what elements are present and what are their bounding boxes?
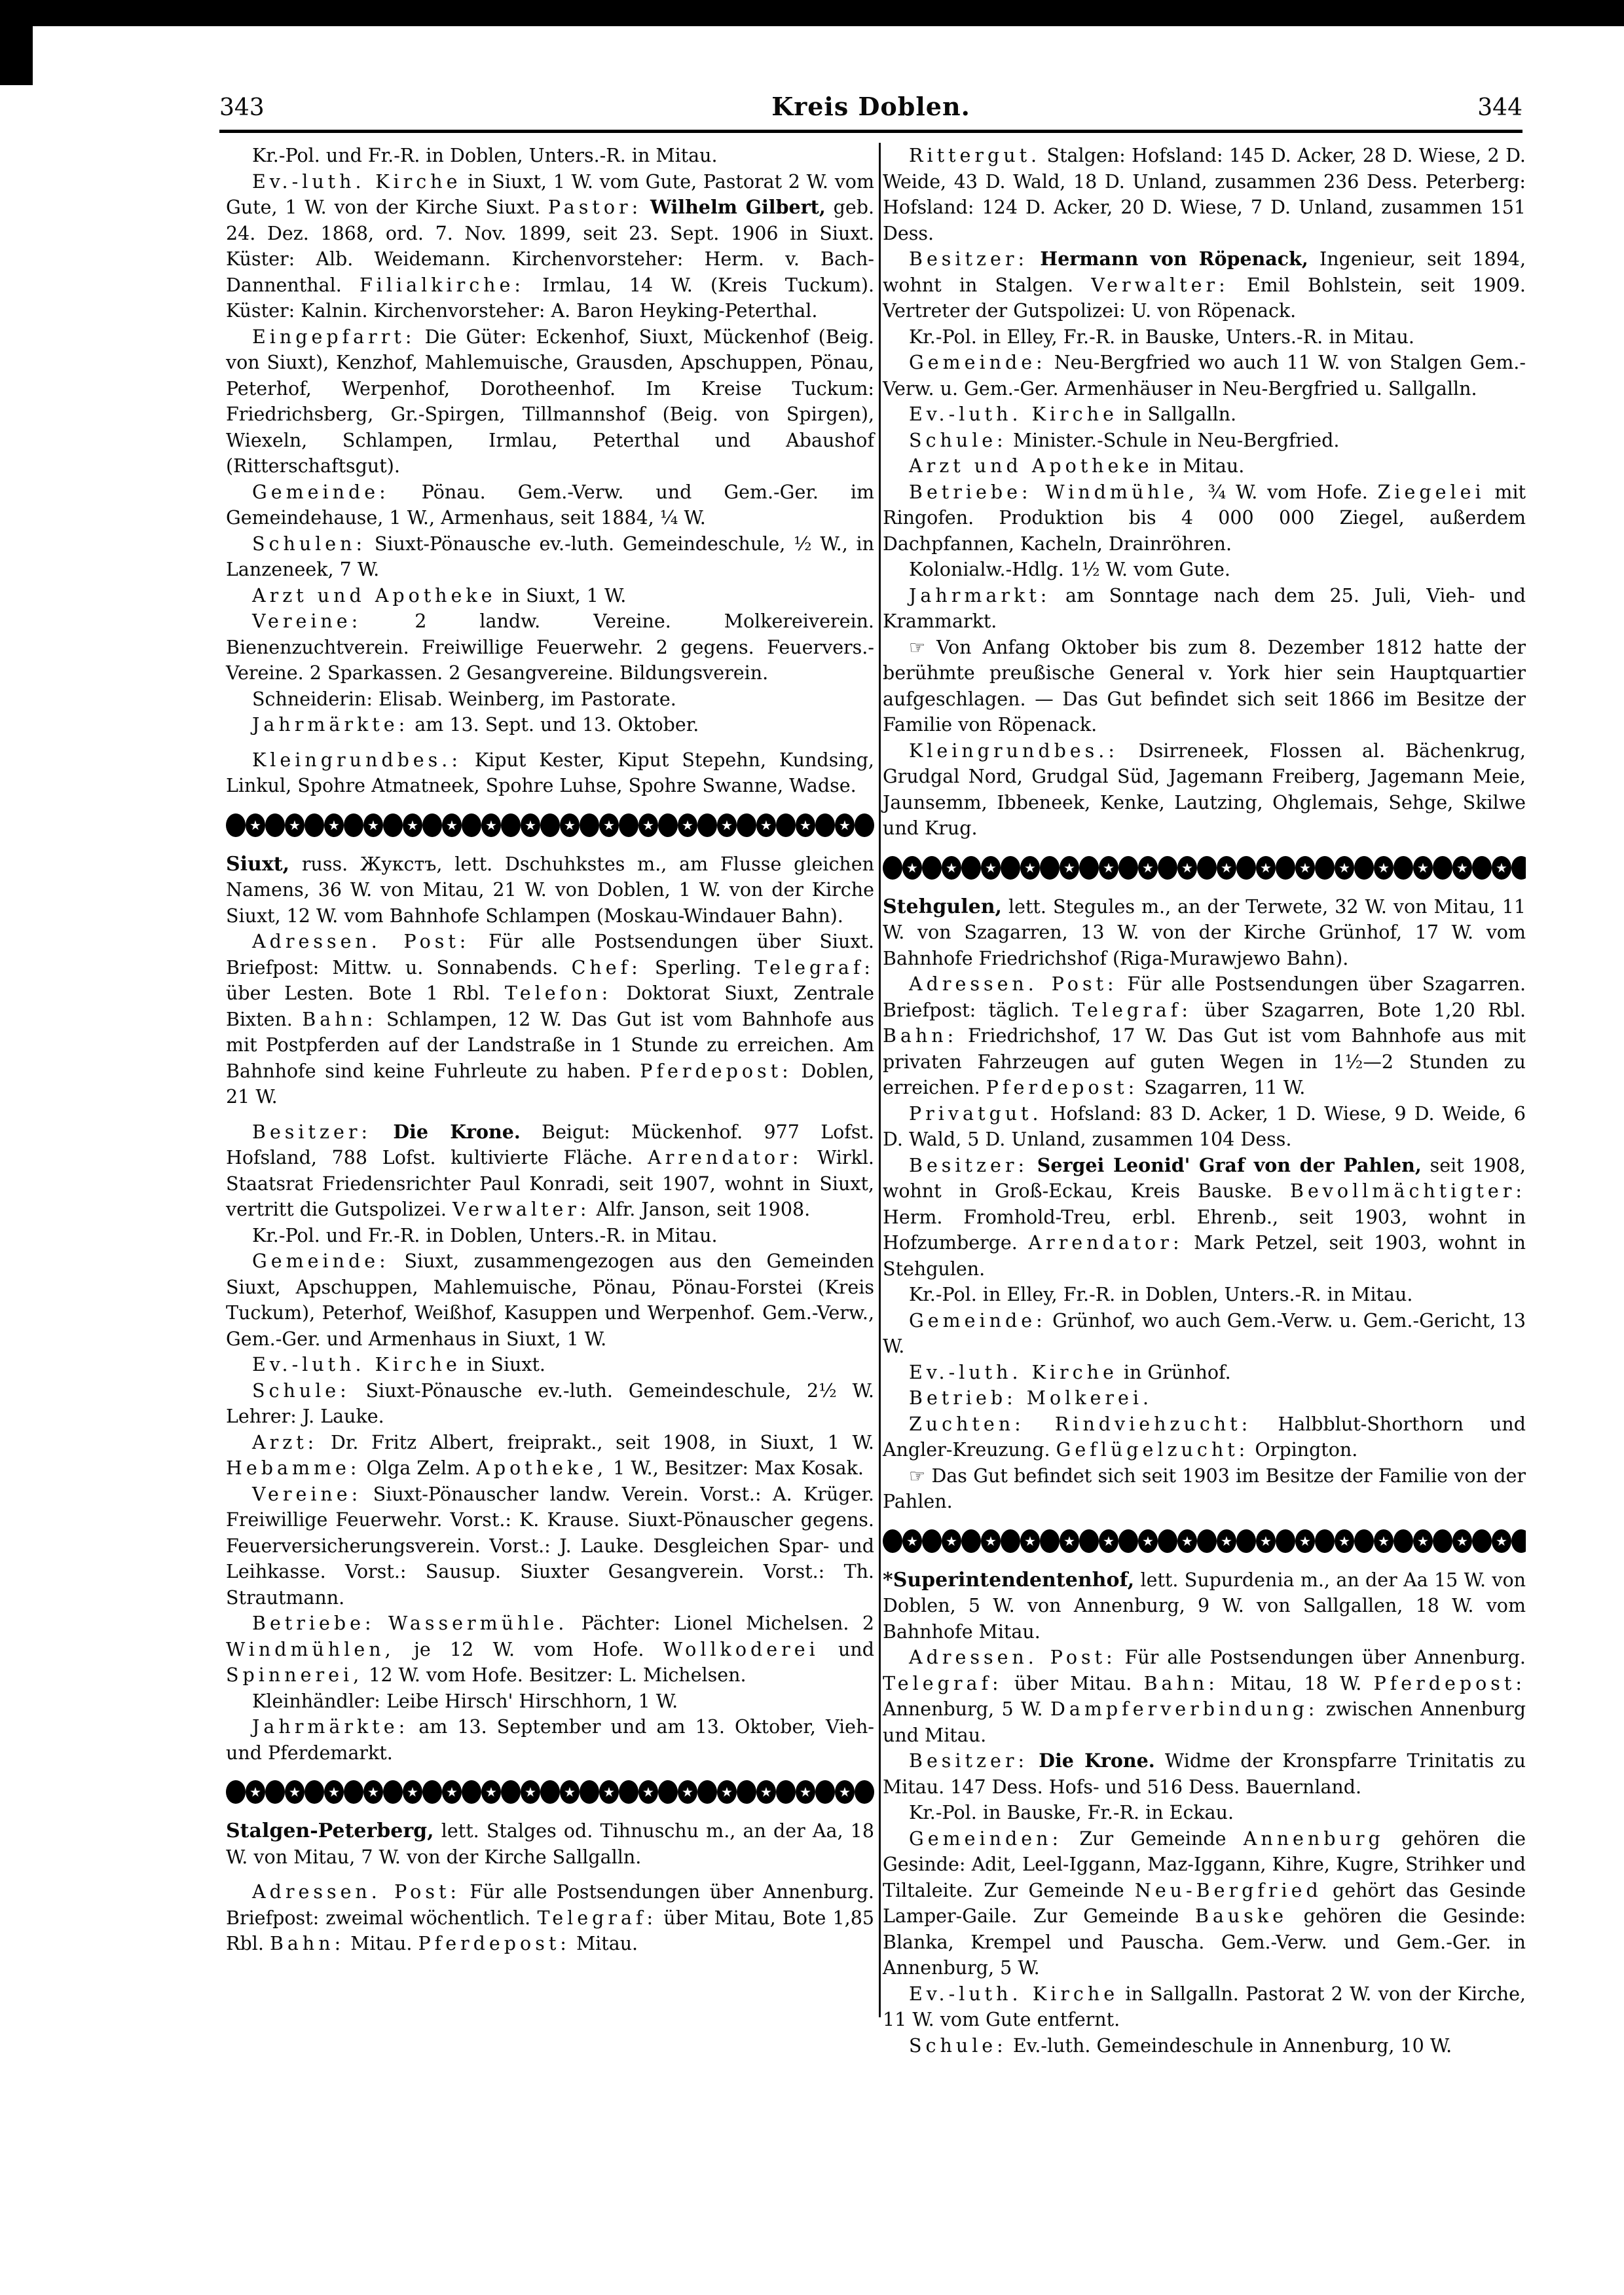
paragraph-kleinhaendler: Kleinhändler: Leibe Hirsch' Hirschhorn, … xyxy=(226,1689,874,1715)
star-icon: ★ xyxy=(1492,856,1511,880)
dot-icon xyxy=(1158,856,1177,880)
paragraph-courts: Kr.-Pol. in Elley, Fr.-R. in Bauske, Unt… xyxy=(883,324,1526,350)
star-icon: ★ xyxy=(521,813,540,837)
paragraph-gemeinde: Gemeinde: Grünhof, wo auch Gem.-Verw. u.… xyxy=(883,1308,1526,1360)
dot-icon xyxy=(1197,1529,1217,1553)
paragraph-church: Ev.-luth. Kirche in Sallgalln. Pastorat … xyxy=(883,1981,1526,2033)
dot-icon xyxy=(1079,856,1099,880)
star-icon: ★ xyxy=(1452,856,1472,880)
paragraph-church: Ev.-luth. Kirche in Siuxt, 1 W. vom Gute… xyxy=(226,169,874,324)
star-icon: ★ xyxy=(902,1529,922,1553)
paragraph-gemeinde: Gemeinde: Pönau. Gem.-Verw. und Gem.-Ger… xyxy=(226,479,874,531)
dot-icon xyxy=(815,1780,835,1804)
dot-icon xyxy=(1040,1529,1060,1553)
running-title: Kreis Doblen. xyxy=(219,92,1522,121)
paragraph-arzt: Arzt und Apotheke in Mitau. xyxy=(883,453,1526,479)
dot-icon xyxy=(580,1780,599,1804)
dot-icon xyxy=(961,1529,981,1553)
star-icon: ★ xyxy=(678,1780,697,1804)
star-icon: ★ xyxy=(1256,1529,1276,1553)
paragraph-jahrmaerkte: Jahrmärkte: am 13. September und am 13. … xyxy=(226,1714,874,1766)
dot-icon xyxy=(776,1780,796,1804)
star-icon: ★ xyxy=(324,813,344,837)
star-icon: ★ xyxy=(442,813,462,837)
paragraph-arzt: Arzt: Dr. Fritz Albert, freiprakt., seit… xyxy=(226,1430,874,1482)
star-icon: ★ xyxy=(481,1780,501,1804)
owner-name: Hermann von Röpenack, xyxy=(1028,248,1308,270)
dot-icon xyxy=(383,1780,403,1804)
paragraph-courts: Kr.-Pol. in Bauske, Fr.-R. in Eckau. xyxy=(883,1800,1526,1826)
dot-icon xyxy=(383,813,403,837)
star-icon: ★ xyxy=(1452,1529,1472,1553)
dot-icon xyxy=(226,1780,246,1804)
dot-icon xyxy=(501,1780,521,1804)
paragraph-history-note: ☞ Das Gut befindet sich seit 1903 im Bes… xyxy=(883,1463,1526,1515)
dot-icon xyxy=(815,813,835,837)
star-icon: ★ xyxy=(942,1529,961,1553)
star-icon: ★ xyxy=(1020,1529,1040,1553)
dot-icon xyxy=(1079,1529,1099,1553)
star-icon: ★ xyxy=(599,1780,619,1804)
header-rule xyxy=(219,130,1522,133)
dot-icon xyxy=(1236,856,1256,880)
dot-icon xyxy=(226,813,246,837)
paragraph-besitzer: Besitzer: Die Krone. Widme der Kronspfar… xyxy=(883,1748,1526,1800)
star-icon: ★ xyxy=(521,1780,540,1804)
paragraph-betrieb: Betrieb: Molkerei. xyxy=(883,1385,1526,1411)
star-icon: ★ xyxy=(942,856,961,880)
star-icon: ★ xyxy=(902,856,922,880)
dot-icon xyxy=(580,813,599,837)
entry-title-stehgulen: Stehgulen, xyxy=(883,895,1002,918)
star-icon: ★ xyxy=(1177,1529,1197,1553)
star-icon: ★ xyxy=(1374,1529,1393,1553)
dot-icon xyxy=(855,1780,874,1804)
paragraph-history-note: ☞ Von Anfang Oktober bis zum 8. Dezember… xyxy=(883,635,1526,738)
dot-icon xyxy=(1472,856,1492,880)
star-icon: ★ xyxy=(1217,856,1236,880)
left-column: Kr.-Pol. und Fr.-R. in Doblen, Unters.-R… xyxy=(226,143,874,1957)
entry-title-stalgen: Stalgen-Peterberg, xyxy=(226,1819,434,1842)
dot-icon xyxy=(265,1780,285,1804)
entry-siuxt: Siuxt, russ. Жукстъ, lett. Dschuhkstes m… xyxy=(226,851,874,929)
star-icon: ★ xyxy=(324,1780,344,1804)
right-column: Rittergut. Stalgen: Hofsland: 145 D. Ack… xyxy=(883,143,1526,2059)
dot-icon xyxy=(1511,1529,1526,1553)
paragraph-schneiderin: Schneiderin: Elisab. Weinberg, im Pastor… xyxy=(226,686,874,713)
dot-icon xyxy=(737,813,756,837)
entry-title-superintendentenhof: *Superintendentenhof, xyxy=(883,1569,1134,1592)
star-icon: ★ xyxy=(981,856,1001,880)
star-icon: ★ xyxy=(796,813,815,837)
entry-stehgulen: Stehgulen, lett. Stegules m., an der Ter… xyxy=(883,894,1526,972)
paragraph-gemeinden: Gemeinden: Zur Gemeinde Annenburg gehöre… xyxy=(883,1826,1526,1981)
dot-icon xyxy=(883,1529,902,1553)
paragraph-adressen: Adressen. Post: Für alle Postsendungen ü… xyxy=(226,929,874,1110)
star-icon: ★ xyxy=(1099,856,1118,880)
entry-stalgen-peterberg: Stalgen-Peterberg, lett. Stalges od. Tih… xyxy=(226,1818,874,1870)
paragraph-besitzer: Besitzer: Hermann von Röpenack, Ingenieu… xyxy=(883,246,1526,324)
star-icon: ★ xyxy=(1020,856,1040,880)
dot-icon xyxy=(883,856,902,880)
star-icon: ★ xyxy=(638,813,658,837)
paragraph-courts: Kr.-Pol. und Fr.-R. in Doblen, Unters.-R… xyxy=(226,143,874,169)
paragraph-adressen: Adressen. Post: Für alle Postsendungen ü… xyxy=(226,1879,874,1957)
dot-icon xyxy=(540,1780,560,1804)
star-icon: ★ xyxy=(1138,1529,1158,1553)
star-icon: ★ xyxy=(1060,856,1079,880)
star-icon: ★ xyxy=(246,813,265,837)
dot-icon xyxy=(855,813,874,837)
star-icon: ★ xyxy=(981,1529,1001,1553)
dot-icon xyxy=(422,1780,442,1804)
paragraph-besitzer: Besitzer: Die Krone. Beigut: Mückenhof. … xyxy=(226,1119,874,1223)
dot-icon xyxy=(1236,1529,1256,1553)
dot-icon xyxy=(1511,856,1526,880)
dot-icon xyxy=(1354,856,1374,880)
dot-icon xyxy=(1433,1529,1452,1553)
star-icon: ★ xyxy=(403,1780,422,1804)
dot-icon xyxy=(658,1780,678,1804)
paragraph-courts: Kr.-Pol. in Elley, Fr.-R. in Doblen, Unt… xyxy=(883,1282,1526,1308)
star-icon: ★ xyxy=(717,813,737,837)
dot-icon xyxy=(1315,856,1335,880)
column-divider xyxy=(879,143,881,2017)
paragraph-vereine: Vereine: Siuxt-Pönauscher landw. Verein.… xyxy=(226,1482,874,1611)
dot-icon xyxy=(776,813,796,837)
dot-icon xyxy=(422,813,442,837)
star-icon: ★ xyxy=(285,813,304,837)
scan-edge-band-left xyxy=(0,0,33,85)
ornament-divider: ★★★★★★★★★★★★★★★★★★★★ xyxy=(226,1779,874,1805)
star-icon: ★ xyxy=(560,1780,580,1804)
dot-icon xyxy=(697,813,717,837)
star-icon: ★ xyxy=(560,813,580,837)
star-icon: ★ xyxy=(1177,856,1197,880)
dot-icon xyxy=(619,813,638,837)
paragraph-jahrmaerkte: Jahrmärkte: am 13. Sept. und 13. Oktober… xyxy=(226,712,874,738)
pastor-name: Wilhelm Gilbert, xyxy=(642,196,826,218)
dot-icon xyxy=(304,813,324,837)
dot-icon xyxy=(501,813,521,837)
page-number-right: 344 xyxy=(1477,94,1522,121)
star-icon: ★ xyxy=(678,813,697,837)
star-icon: ★ xyxy=(1138,856,1158,880)
star-icon: ★ xyxy=(1492,1529,1511,1553)
dot-icon xyxy=(344,813,363,837)
star-icon: ★ xyxy=(442,1780,462,1804)
paragraph-church: Ev.-luth. Kirche in Sallgalln. xyxy=(883,401,1526,428)
dot-icon xyxy=(697,1780,717,1804)
dot-icon xyxy=(1158,1529,1177,1553)
dot-icon xyxy=(344,1780,363,1804)
dot-icon xyxy=(1354,1529,1374,1553)
dot-icon xyxy=(1001,1529,1020,1553)
paragraph-gemeinde: Gemeinde: Neu-Bergfried wo auch 11 W. vo… xyxy=(883,350,1526,401)
star-icon: ★ xyxy=(246,1780,265,1804)
star-icon: ★ xyxy=(1217,1529,1236,1553)
star-icon: ★ xyxy=(1335,856,1354,880)
owner-name: Die Krone. xyxy=(371,1121,521,1143)
star-icon: ★ xyxy=(1413,1529,1433,1553)
dot-icon xyxy=(1472,1529,1492,1553)
star-icon: ★ xyxy=(796,1780,815,1804)
pointing-hand-icon: ☞ xyxy=(909,637,925,658)
paragraph-privatgut: Privatgut. Hofsland: 83 D. Acker, 1 D. W… xyxy=(883,1101,1526,1153)
paragraph-schulen: Schulen: Siuxt-Pönausche ev.-luth. Gemei… xyxy=(226,531,874,583)
dot-icon xyxy=(304,1780,324,1804)
ornament-divider: ★★★★★★★★★★★★★★★★★★★★ xyxy=(883,1528,1526,1554)
dot-icon xyxy=(961,856,981,880)
dot-icon xyxy=(462,1780,481,1804)
dot-icon xyxy=(1393,856,1413,880)
dot-icon xyxy=(1433,856,1452,880)
dot-icon xyxy=(1276,856,1295,880)
scan-edge-band xyxy=(0,0,1624,26)
paragraph-zuchten: Zuchten: Rindviehzucht: Halbblut-Shortho… xyxy=(883,1411,1526,1463)
star-icon: ★ xyxy=(1295,856,1315,880)
dot-icon xyxy=(1001,856,1020,880)
paragraph-kleingrundbes: Kleingrundbes.: Kiput Kester, Kiput Step… xyxy=(226,747,874,799)
dot-icon xyxy=(540,813,560,837)
entry-superintendentenhof: *Superintendentenhof, lett. Supurdenia m… xyxy=(883,1567,1526,1645)
paragraph-rittergut: Rittergut. Stalgen: Hofsland: 145 D. Ack… xyxy=(883,143,1526,246)
star-icon: ★ xyxy=(285,1780,304,1804)
dot-icon xyxy=(1276,1529,1295,1553)
page-header: 343 Kreis Doblen. 344 xyxy=(219,92,1522,131)
star-icon: ★ xyxy=(1413,856,1433,880)
pointing-hand-icon: ☞ xyxy=(909,1465,925,1487)
paragraph-betriebe: Betriebe: Windmühle, ¾ W. vom Hofe. Zieg… xyxy=(883,479,1526,557)
paragraph-adressen: Adressen. Post: Für alle Postsendungen ü… xyxy=(883,971,1526,1101)
dot-icon xyxy=(922,1529,942,1553)
paragraph-schule: Schule: Ev.-luth. Gemeindeschule in Anne… xyxy=(883,2033,1526,2059)
dot-icon xyxy=(922,856,942,880)
star-icon: ★ xyxy=(638,1780,658,1804)
paragraph-eingepfarrt: Eingepfarrt: Die Güter: Eckenhof, Siuxt,… xyxy=(226,324,874,479)
star-icon: ★ xyxy=(1295,1529,1315,1553)
star-icon: ★ xyxy=(1256,856,1276,880)
dot-icon xyxy=(462,813,481,837)
star-icon: ★ xyxy=(756,813,776,837)
paragraph-schule: Schule: Siuxt-Pönausche ev.-luth. Gemein… xyxy=(226,1378,874,1430)
star-icon: ★ xyxy=(363,1780,383,1804)
paragraph-church: Ev.-luth. Kirche in Grünhof. xyxy=(883,1360,1526,1386)
paragraph-betriebe: Betriebe: Wassermühle. Pächter: Lionel M… xyxy=(226,1611,874,1689)
star-icon: ★ xyxy=(1335,1529,1354,1553)
star-icon: ★ xyxy=(717,1780,737,1804)
dot-icon xyxy=(1118,856,1138,880)
star-icon: ★ xyxy=(1099,1529,1118,1553)
paragraph-gemeinde: Gemeinde: Siuxt, zusammengezogen aus den… xyxy=(226,1248,874,1352)
star-icon: ★ xyxy=(1060,1529,1079,1553)
star-icon: ★ xyxy=(481,813,501,837)
owner-name: Die Krone. xyxy=(1028,1749,1155,1772)
star-icon: ★ xyxy=(363,813,383,837)
ornament-divider: ★★★★★★★★★★★★★★★★★★★★ xyxy=(883,855,1526,881)
paragraph-church: Ev.-luth. Kirche in Siuxt. xyxy=(226,1352,874,1378)
dot-icon xyxy=(1197,856,1217,880)
dot-icon xyxy=(658,813,678,837)
owner-name: Sergei Leonid' Graf von der Pahlen, xyxy=(1028,1154,1422,1176)
dot-icon xyxy=(1040,856,1060,880)
ornament-divider: ★★★★★★★★★★★★★★★★★★★★ xyxy=(226,812,874,838)
dot-icon xyxy=(1393,1529,1413,1553)
star-icon: ★ xyxy=(835,1780,855,1804)
star-icon: ★ xyxy=(1374,856,1393,880)
paragraph-jahrmarkt: Jahrmarkt: am Sonntage nach dem 25. Juli… xyxy=(883,583,1526,635)
dot-icon xyxy=(265,813,285,837)
dot-icon xyxy=(619,1780,638,1804)
dot-icon xyxy=(1118,1529,1138,1553)
paragraph-kleingrundbes: Kleingrundbes.: Dsirreneek, Flossen al. … xyxy=(883,738,1526,842)
paragraph-schule: Schule: Minister.-Schule in Neu-Bergfrie… xyxy=(883,428,1526,454)
paragraph-adressen: Adressen. Post: Für alle Postsendungen ü… xyxy=(883,1645,1526,1748)
star-icon: ★ xyxy=(599,813,619,837)
dot-icon xyxy=(737,1780,756,1804)
dot-icon xyxy=(1315,1529,1335,1553)
paragraph-besitzer: Besitzer: Sergei Leonid' Graf von der Pa… xyxy=(883,1153,1526,1282)
entry-title-siuxt: Siuxt, xyxy=(226,853,289,876)
star-icon: ★ xyxy=(756,1780,776,1804)
paragraph-arzt: Arzt und Apotheke in Siuxt, 1 W. xyxy=(226,583,874,609)
paragraph-kolonialwaren: Kolonialw.-Hdlg. 1½ W. vom Gute. xyxy=(883,557,1526,583)
star-icon: ★ xyxy=(403,813,422,837)
star-icon: ★ xyxy=(835,813,855,837)
paragraph-courts: Kr.-Pol. und Fr.-R. in Doblen, Unters.-R… xyxy=(226,1223,874,1249)
paragraph-vereine: Vereine: 2 landw. Vereine. Molkereiverei… xyxy=(226,608,874,686)
